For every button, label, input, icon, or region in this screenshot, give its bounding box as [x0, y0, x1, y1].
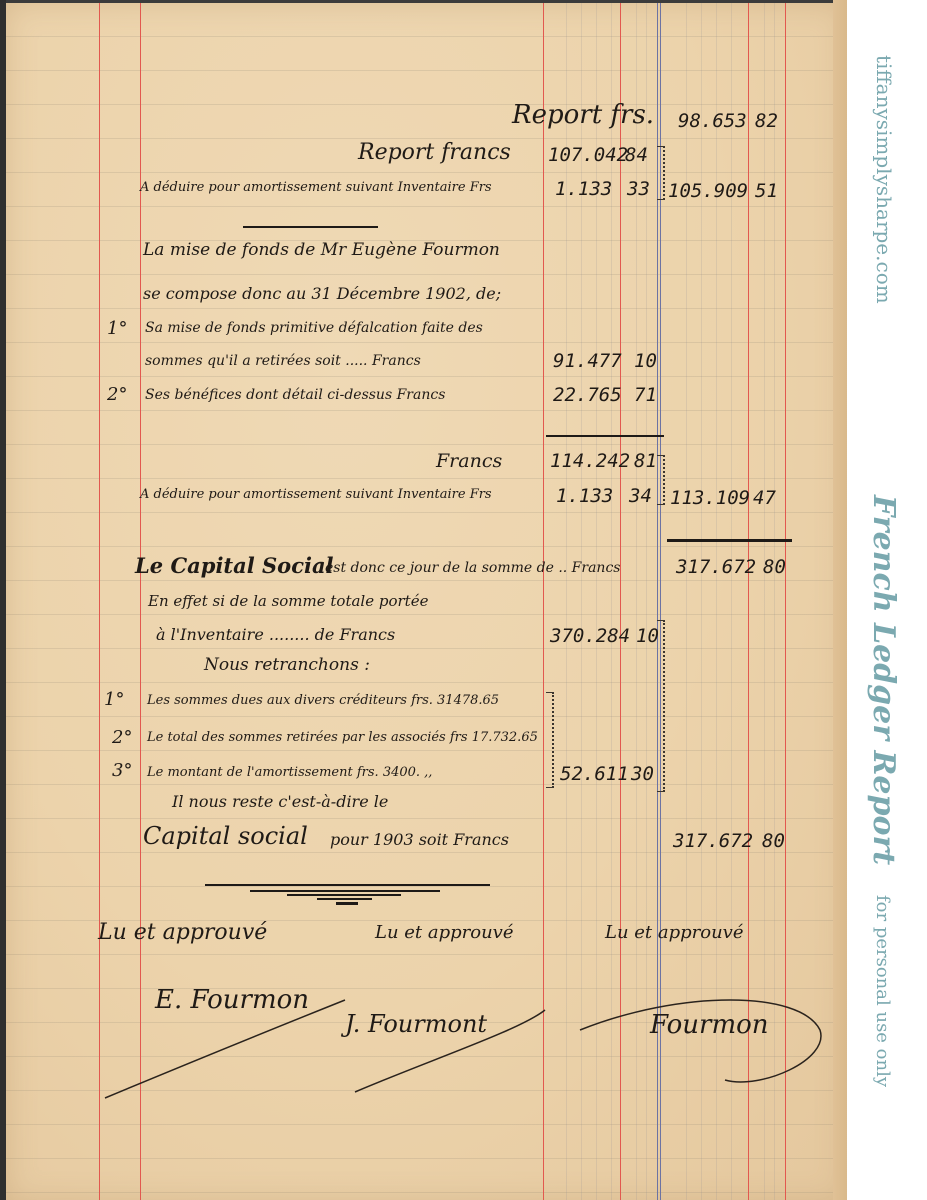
watermark-note: for personal use only [872, 895, 893, 1087]
signature-flourishes [0, 0, 927, 1200]
watermark-title: French Ledger Report [866, 495, 901, 865]
watermark-site: tiffanysimplysharpe.com [872, 55, 896, 304]
